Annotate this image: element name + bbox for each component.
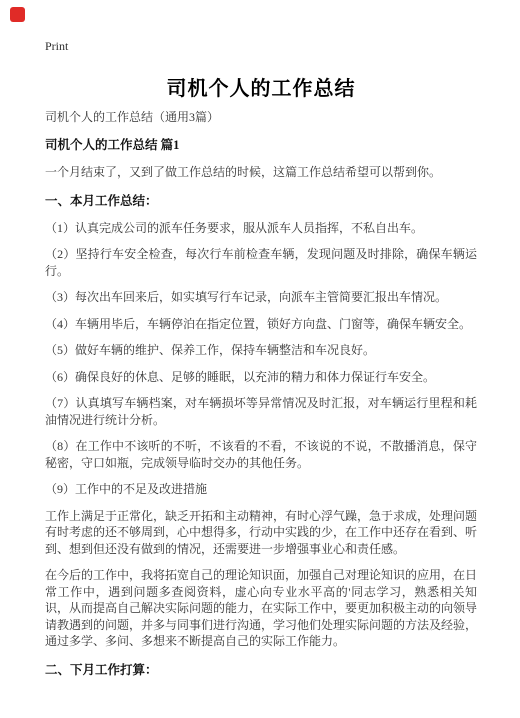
paragraph-item-1: （1）认真完成公司的派车任务要求，服从派车人员指挥，不私自出车。 [45, 220, 477, 237]
paragraph-future-plan: 在今后的工作中，我将拓宽自己的理论知识面，加强自己对理论知识的应用，在日常工作中… [45, 567, 477, 650]
section-heading-part1: 司机个人的工作总结 篇1 [45, 137, 477, 154]
paragraph-intro: 一个月结束了，又到了做工作总结的时候，这篇工作总结希望可以帮到你。 [45, 164, 477, 181]
section-heading-next-month: 二、下月工作打算： [45, 662, 477, 679]
paragraph-item-2: （2）坚持行车安全检查，每次行车前检查车辆，发现问题及时排除，确保车辆运行。 [45, 246, 477, 279]
page-title: 司机个人的工作总结 [45, 77, 477, 101]
paragraph-item-7: （7）认真填写车辆档案，对车辆损坏等异常情况及时汇报，对车辆运行里程和耗油情况进… [45, 395, 477, 428]
document-page: Print 司机个人的工作总结 司机个人的工作总结（通用3篇） 司机个人的工作总… [0, 0, 520, 679]
paragraph-item-5: （5）做好车辆的维护、保养工作，保持车辆整洁和车况良好。 [45, 342, 477, 359]
paragraph-item-6: （6）确保良好的休息、足够的睡眠，以充沛的精力和体力保证行车安全。 [45, 369, 477, 386]
paragraph-shortcomings: 工作上满足于正常化，缺乏开拓和主动精神，有时心浮气躁，急于求成，处理问题有时考虑… [45, 508, 477, 558]
paragraph-item-3: （3）每次出车回来后，如实填写行车记录，向派车主管简要汇报出车情况。 [45, 289, 477, 306]
print-link[interactable]: Print [45, 40, 68, 53]
section-heading-month-summary: 一、本月工作总结： [45, 193, 477, 210]
paragraph-item-4: （4）车辆用毕后，车辆停泊在指定位置，锁好方向盘、门窗等，确保车辆安全。 [45, 316, 477, 333]
red-marker-icon [10, 7, 25, 22]
paragraph-item-9: （9）工作中的不足及改进措施 [45, 481, 477, 498]
paragraph-item-8: （8）在工作中不该听的不听，不该看的不看，不该说的不说，不散播消息，保守秘密，守… [45, 438, 477, 471]
article-subtitle: 司机个人的工作总结（通用3篇） [45, 109, 477, 125]
